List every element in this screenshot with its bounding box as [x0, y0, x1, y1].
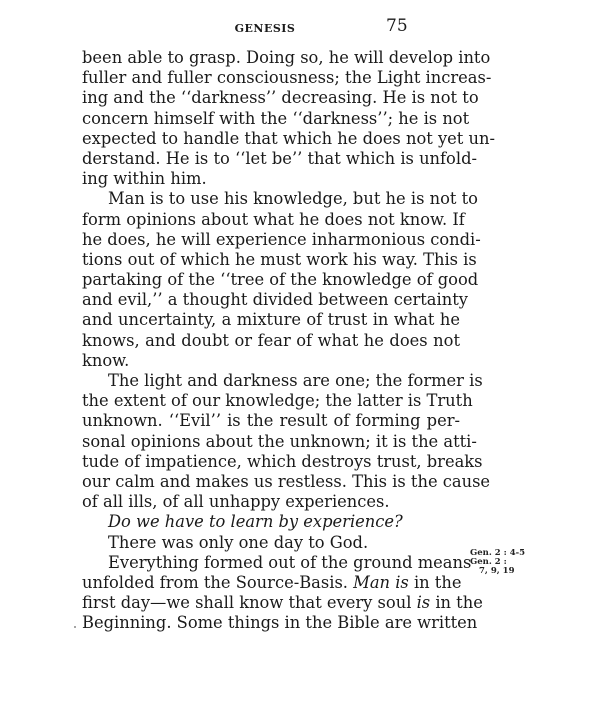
text-line: the extent of our knowledge; the latter …: [82, 391, 460, 411]
text-line: sonal opinions about the unknown; it is …: [82, 432, 460, 452]
margin-reference-text: 7, 9, 19: [470, 567, 515, 576]
text-span: in the: [409, 573, 462, 592]
text-line: ing within him.: [82, 169, 460, 189]
text-line: been able to grasp. Doing so, he will de…: [82, 48, 460, 68]
scan-speck: [74, 626, 76, 628]
text-line: and evil,’’ a thought divided between ce…: [82, 290, 460, 310]
text-line: form opinions about what he does not kno…: [82, 210, 460, 230]
question-line: Do we have to learn by experience?: [82, 512, 460, 532]
text-line: expected to handle that which he does no…: [82, 129, 460, 149]
text-line: of all ills, of all unhappy experiences.: [82, 492, 460, 512]
text-line: concern himself with the ‘‘darkness’’; h…: [82, 109, 460, 129]
text-span: in the: [430, 593, 483, 612]
text-line: tions out of which he must work his way.…: [82, 250, 460, 270]
text-line: derstand. He is to ‘‘let be’’ that which…: [82, 149, 460, 169]
paragraph-start-line: Everything formed out of the ground mean…: [82, 553, 460, 573]
text-span: unfolded from the Source-Basis.: [82, 573, 353, 592]
paragraph-start-line: Man is to use his knowledge, but he is n…: [82, 189, 460, 209]
margin-reference: Gen. 2 : 7, 9, 19: [470, 558, 515, 576]
text-line: unfolded from the Source-Basis. Man is i…: [82, 573, 460, 593]
text-line: Beginning. Some things in the Bible are …: [82, 613, 460, 633]
text-span: first day—we shall know that every soul: [82, 593, 417, 612]
text-line: our calm and makes us restless. This is …: [82, 472, 460, 492]
text-line: know.: [82, 351, 460, 371]
text-line: unknown. ‘‘Evil’’ is the result of formi…: [82, 411, 460, 431]
text-line: fuller and fuller consciousness; the Lig…: [82, 68, 460, 88]
body-text: been able to grasp. Doing so, he will de…: [82, 48, 460, 633]
text-line: and uncertainty, a mixture of trust in w…: [82, 310, 460, 330]
text-line: knows, and doubt or fear of what he does…: [82, 331, 460, 351]
running-header-title: GENESIS: [214, 22, 316, 35]
text-line: he does, he will experience inharmonious…: [82, 230, 460, 250]
page-number: 75: [386, 16, 408, 36]
italic-span: Man is: [353, 573, 409, 592]
italic-span: is: [417, 593, 431, 612]
text-line: first day—we shall know that every soul …: [82, 593, 460, 613]
text-line: ing and the ‘‘darkness’’ decreasing. He …: [82, 88, 460, 108]
answer-line: There was only one day to God.: [82, 533, 460, 553]
text-line: partaking of the ‘‘tree of the knowledge…: [82, 270, 460, 290]
text-span: Beginning. Some things in the Bible are …: [82, 613, 477, 632]
text-line: tude of impatience, which destroys trust…: [82, 452, 460, 472]
text-span: Everything formed out of the ground mean…: [108, 553, 471, 572]
paragraph-start-line: The light and darkness are one; the form…: [82, 371, 460, 391]
